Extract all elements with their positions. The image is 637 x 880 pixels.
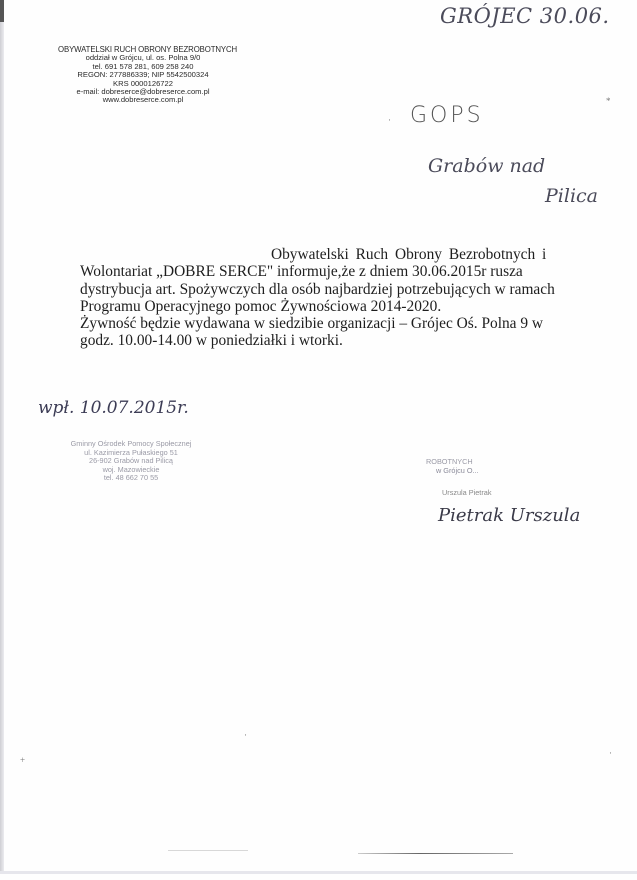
organization-stamp: ROBOTNYCH w Grójcu O... Urszula Pietrak	[426, 458, 516, 498]
letter-body: Obywatelski Ruch Obrony Bezrobotnych i W…	[80, 246, 570, 350]
scan-artifact-line	[358, 853, 513, 854]
scan-speck: +	[20, 755, 25, 765]
stamp-line: tel. 48 662 70 55	[56, 474, 206, 483]
stamp-line: w Grójcu O...	[426, 467, 516, 476]
gops-stamp: Gminny Ośrodek Pomocy Społecznej ul. Kaz…	[56, 440, 206, 483]
stamp-name: Urszula Pietrak	[426, 489, 516, 498]
handwritten-recipient-place-1: Grabów nad	[428, 155, 545, 177]
scan-edge-left	[0, 0, 4, 872]
scan-speck: *	[606, 96, 611, 106]
scan-artifact-line	[168, 850, 248, 851]
scan-edge-mark	[0, 0, 4, 22]
handwritten-recipient: GOPS	[410, 103, 484, 128]
scan-edge-bottom	[0, 871, 637, 874]
handwritten-recipient-place-2: Pilica	[545, 185, 598, 207]
scan-speck: ·	[388, 115, 391, 125]
handwritten-received-note: wpł. 10.07.2015r.	[38, 398, 189, 418]
body-line: Programu Operacyjnego pomoc Żywnościowa …	[80, 298, 570, 315]
body-line: Obywatelski Ruch Obrony Bezrobotnych i	[80, 246, 570, 263]
body-line: Wolontariat „DOBRE SERCE" informuje,że z…	[80, 263, 570, 280]
body-line: dystrybucja art. Spożywczych dla osób na…	[80, 281, 570, 298]
handwritten-city-date: GRÓJEC 30.06.	[440, 4, 610, 28]
letterhead-website: www.dobreserce.com.pl	[58, 96, 228, 104]
scan-speck: ·	[244, 730, 247, 740]
scan-speck: ·	[609, 748, 612, 758]
handwritten-signature: Pietrak Urszula	[438, 505, 580, 526]
body-line: Żywność będzie wydawana w siedzibie orga…	[80, 315, 570, 332]
letterhead: OBYWATELSKI RUCH OBRONY BEZROBOTNYCH odd…	[58, 46, 228, 105]
body-line: godz. 10.00-14.00 w poniedziałki i wtork…	[80, 332, 570, 349]
